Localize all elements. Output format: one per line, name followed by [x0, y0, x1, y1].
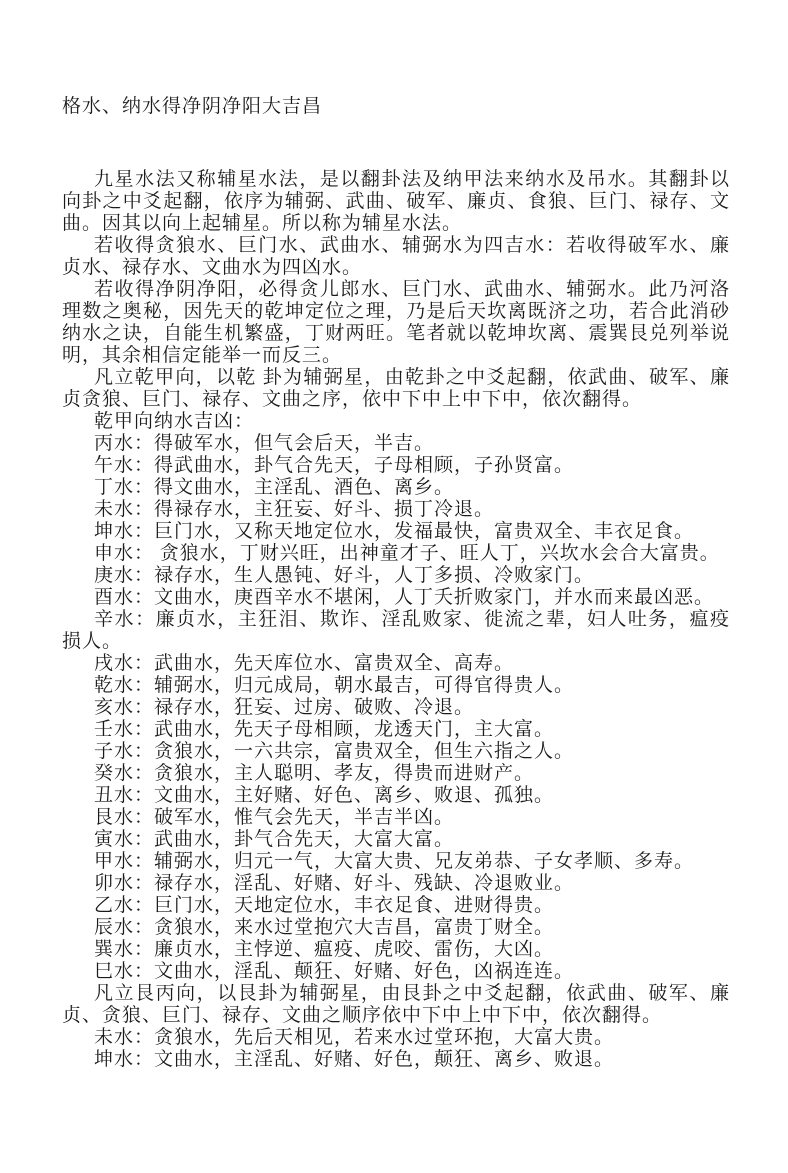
paragraph: 午水：得武曲水，卦气合先天，子母相顾，子孙贤富。: [62, 455, 730, 477]
paragraph: 丙水：得破军水，但气会后天，半吉。: [62, 433, 730, 455]
paragraph: 未水：得禄存水，主狂妄、好斗、损丁冷退。: [62, 499, 730, 521]
paragraph: 辛水：廉贞水，主狂泪、欺诈、淫乱败家、徙流之辈，妇人吐务，瘟疫损人。: [62, 609, 730, 653]
paragraph: 艮水：破军水，惟气会先天，半吉半凶。: [62, 807, 730, 829]
paragraph: 辰水：贪狼水，来水过堂抱穴大吉昌，富贵丁财全。: [62, 917, 730, 939]
paragraph: 乙水：巨门水，天地定位水，丰衣足食、进财得贵。: [62, 895, 730, 917]
paragraph: 酉水：文曲水，庚酉辛水不堪闲，人丁夭折败家门，并水而来最凶恶。: [62, 587, 730, 609]
paragraph: 坤水：巨门水，又称天地定位水，发福最快，富贵双全、丰衣足食。: [62, 521, 730, 543]
paragraph: 凡立艮丙向，以艮卦为辅弼星，由艮卦之中爻起翻，依武曲、破军、廉贞、贪狼、巨门、禄…: [62, 983, 730, 1027]
paragraph: 寅水：武曲水，卦气合先天，大富大富。: [62, 829, 730, 851]
paragraph: 乾甲向纳水吉凶：: [62, 411, 730, 433]
paragraph: 甲水：辅弼水，归元一气，大富大贵、兄友弟恭、子女孝顺、多寿。: [62, 851, 730, 873]
paragraph: 壬水：武曲水，先天子母相顾，龙透天门，主大富。: [62, 719, 730, 741]
document-title: 格水、纳水得净阴净阳大吉昌: [62, 96, 730, 118]
paragraph: 卯水：禄存水，淫乱、好赌、好斗、残缺、冷退败业。: [62, 873, 730, 895]
document-page: 格水、纳水得净阴净阳大吉昌 九星水法又称辅星水法，是以翻卦法及纳甲法来纳水及吊水…: [0, 0, 788, 1173]
paragraph: 坤水：文曲水，主淫乱、好赌、好色，颠狂、离乡、败退。: [62, 1049, 730, 1071]
paragraph: 若收得贪狼水、巨门水、武曲水、辅弼水为四吉水：若收得破军水、廉贞水、禄存水、文曲…: [62, 235, 730, 279]
paragraph: 申水： 贪狼水，丁财兴旺，出神童才子、旺人丁，兴坎水会合大富贵。: [62, 543, 730, 565]
paragraph: 巳水：文曲水，淫乱、颠狂、好赌、好色，凶祸连连。: [62, 961, 730, 983]
paragraph: 丁水：得文曲水，主淫乱、酒色、离乡。: [62, 477, 730, 499]
paragraph: 亥水：禄存水，狂妄、过房、破败、冷退。: [62, 697, 730, 719]
paragraph: 巽水：廉贞水，主悖逆、瘟疫、虎咬、雷伤，大凶。: [62, 939, 730, 961]
paragraph: 若收得净阴净阳，必得贪儿郎水、巨门水、武曲水、辅弼水。此乃河洛理数之奥秘，因先天…: [62, 279, 730, 367]
paragraph: 庚水：禄存水，生人愚钝、好斗，人丁多损、冷败家门。: [62, 565, 730, 587]
paragraph: 未水：贪狼水，先后天相见，若来水过堂环抱，大富大贵。: [62, 1027, 730, 1049]
paragraph: 癸水：贪狼水，主人聪明、孝友，得贵而进财产。: [62, 763, 730, 785]
paragraph: 丑水：文曲水，主好赌、好色、离乡、败退、孤独。: [62, 785, 730, 807]
paragraph: 戌水：武曲水，先天库位水、富贵双全、高寿。: [62, 653, 730, 675]
paragraph: 凡立乾甲向，以乾 卦为辅弼星，由乾卦之中爻起翻，依武曲、破军、廉贞贪狼、巨门、禄…: [62, 367, 730, 411]
paragraph: 九星水法又称辅星水法，是以翻卦法及纳甲法来纳水及吊水。其翻卦以向卦之中爻起翻，依…: [62, 169, 730, 235]
paragraph: 子水：贪狼水，一六共宗，富贵双全，但生六指之人。: [62, 741, 730, 763]
document-body: 九星水法又称辅星水法，是以翻卦法及纳甲法来纳水及吊水。其翻卦以向卦之中爻起翻，依…: [62, 169, 730, 1071]
paragraph: 乾水：辅弼水，归元成局，朝水最吉，可得官得贵人。: [62, 675, 730, 697]
